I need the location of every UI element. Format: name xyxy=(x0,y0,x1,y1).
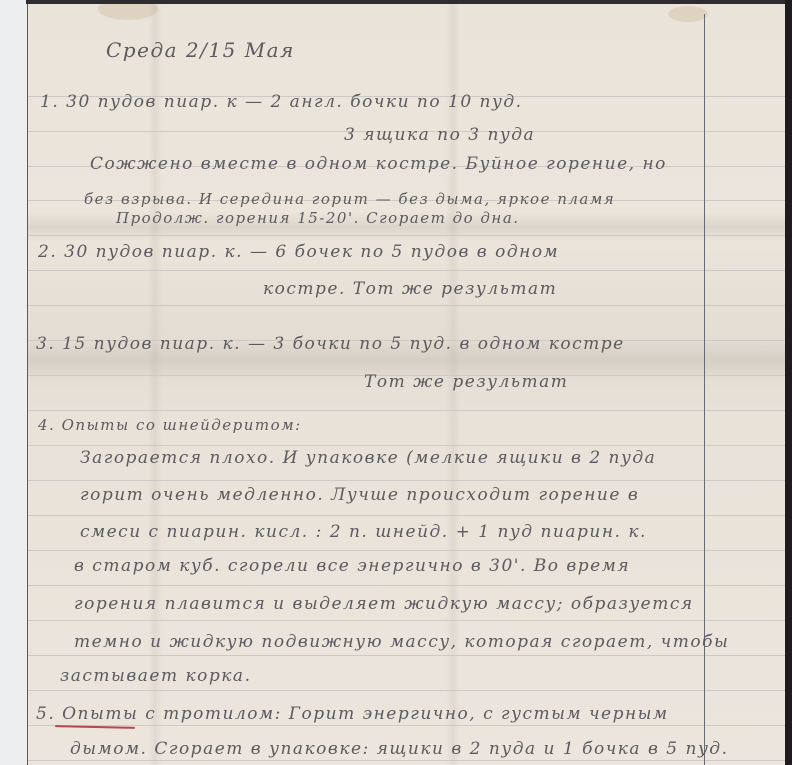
rule-line xyxy=(28,690,786,691)
handwritten-line: без взрыва. И середина горит — без дыма,… xyxy=(84,190,615,208)
handwritten-line: Продолж. горения 15-20'. Сгорает до дна. xyxy=(116,209,520,227)
handwritten-line: 2. 30 пудов пиар. к. — 6 бочек по 5 пудо… xyxy=(38,242,559,262)
rule-line xyxy=(28,270,786,271)
rule-line xyxy=(28,585,786,586)
rule-line xyxy=(28,620,786,621)
handwritten-line: Загорается плохо. И упаковке (мелкие ящи… xyxy=(80,448,656,468)
handwritten-line: 5. Опыты с тротилом: Горит энергично, с … xyxy=(36,704,669,724)
handwritten-line: Тот же результат xyxy=(364,372,568,392)
handwritten-line: 3 ящика по 3 пуда xyxy=(344,125,535,145)
rule-line xyxy=(28,515,786,516)
red-pencil-underline xyxy=(55,725,135,729)
rule-line xyxy=(28,445,786,446)
handwritten-line: 4. Опыты со шнейдеритом: xyxy=(38,416,302,434)
scan-frame-right xyxy=(785,0,792,765)
rule-line xyxy=(28,410,786,411)
date-header: Среда 2/15 Мая xyxy=(106,38,295,62)
handwritten-line: горения плавится и выделяет жидкую массу… xyxy=(74,594,694,614)
rule-line xyxy=(28,655,786,656)
rule-line xyxy=(28,305,786,306)
handwritten-line: смеси с пиарин. кисл. : 2 п. шнейд. + 1 … xyxy=(80,522,647,542)
handwritten-line: Сожжено вместе в одном костре. Буйное го… xyxy=(90,154,667,174)
paper-stain xyxy=(668,6,708,22)
notebook-page: Среда 2/15 Мая 1. 30 пудов пиар. к — 2 а… xyxy=(27,4,786,765)
rule-line xyxy=(28,480,786,481)
handwritten-line: горит очень медленно. Лучше происходит г… xyxy=(80,485,639,505)
rule-line xyxy=(28,725,786,726)
handwritten-line: застывает корка. xyxy=(60,666,251,686)
handwritten-line: дымом. Сгорает в упаковке: ящики в 2 пуд… xyxy=(70,739,728,759)
handwritten-line: 1. 30 пудов пиар. к — 2 англ. бочки по 1… xyxy=(40,92,523,112)
rule-line xyxy=(28,550,786,551)
handwritten-line: в старом куб. сгорели все энергично в 30… xyxy=(74,556,630,576)
handwritten-line: 3. 15 пудов пиар. к. — 3 бочки по 5 пуд.… xyxy=(36,334,625,354)
margin-line xyxy=(704,14,705,765)
rule-line xyxy=(28,760,786,761)
rule-line xyxy=(28,235,786,236)
handwritten-line: темно и жидкую подвижную массу, которая … xyxy=(74,632,729,652)
handwritten-line: костре. Тот же результат xyxy=(263,279,557,299)
